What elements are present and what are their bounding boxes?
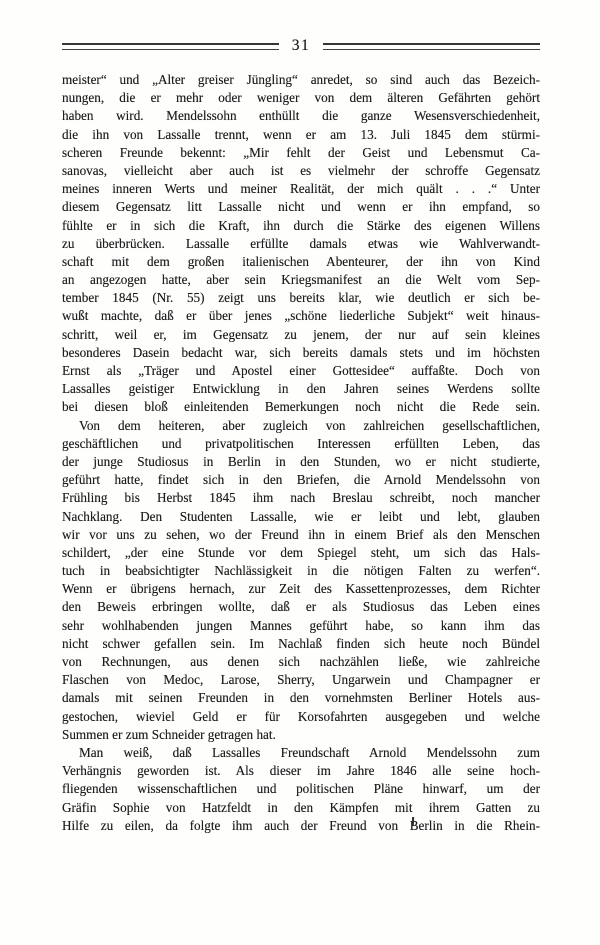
text-line: fühlte er in sich die Kraft, ihn durch d…: [62, 217, 540, 235]
paragraph: Man weiß, daß Lassalles Freundschaft Arn…: [62, 744, 540, 835]
text-line: nicht schwer gefallen sein. Im Nachlaß f…: [62, 635, 540, 653]
text-line: gestochen, wieviel Geld er für Korsofahr…: [62, 708, 540, 726]
text-line: geschäftlichen und privatpolitischen Int…: [62, 435, 540, 453]
running-head: 31: [62, 38, 540, 55]
text-line: von Rechnungen, aus denen sich nachzähle…: [62, 653, 540, 671]
paragraph: meister“ und „Alter greiser Jüngling“ an…: [62, 71, 540, 417]
text-line: zu überbrücken. Lassalle erfüllte damals…: [62, 235, 540, 253]
text-line: damals mit seinen Freunden in den vorneh…: [62, 689, 540, 707]
ink-artifact: [412, 817, 414, 826]
text-line: wußt machte, daß er über jenes „schöne l…: [62, 307, 540, 325]
header-rule-right: [323, 43, 540, 50]
text-line: besonderes Dasein bedacht war, sich bere…: [62, 344, 540, 362]
text-line: Von dem heiteren, aber zugleich von zahl…: [62, 417, 540, 435]
text-line: tuch in beabsichtigter Nachlässigkeit in…: [62, 562, 540, 580]
text-line: nungen, die er mehr oder weniger von dem…: [62, 89, 540, 107]
text-line: haben wird. Mendelssohn enthüllt die gan…: [62, 107, 540, 125]
text-line: Frühling bis Herbst 1845 ihm nach Bresla…: [62, 489, 540, 507]
text-line: sanovas, vielleicht aber auch ist es vie…: [62, 162, 540, 180]
text-line: fliegenden wissenschaftlichen und politi…: [62, 780, 540, 798]
text-line: Wenn er übrigens hernach, zur Zeit des K…: [62, 580, 540, 598]
text-line: schildert, „der eine Stunde vor dem Spie…: [62, 544, 540, 562]
text-line: Flaschen von Medoc, Larose, Sherry, Unga…: [62, 671, 540, 689]
text-line: bei diesen bloß einleitenden Bemerkungen…: [62, 398, 540, 416]
text-line: Nachklang. Den Studenten Lassalle, wie e…: [62, 508, 540, 526]
page-number: 31: [279, 37, 324, 55]
text-line: tember 1845 (Nr. 55) zeigt uns bereits k…: [62, 289, 540, 307]
text-line: scheren Freunde bekennt: „Mir fehlt der …: [62, 144, 540, 162]
paragraph: Von dem heiteren, aber zugleich von zahl…: [62, 417, 540, 744]
header-rule-left: [62, 43, 279, 50]
text-line: die ihn von Lassalle trennt, wenn er am …: [62, 126, 540, 144]
text-line: Gräfin Sophie von Hatzfeldt in den Kämpf…: [62, 799, 540, 817]
text-line: schritt, weil er, im Gegensatz zu jenem,…: [62, 326, 540, 344]
text-line: Hilfe zu eilen, da folgte ihm auch der F…: [62, 817, 540, 835]
text-line: der junge Studiosus in Berlin in den Stu…: [62, 453, 540, 471]
text-line: Man weiß, daß Lassalles Freundschaft Arn…: [62, 744, 540, 762]
text-line: an angezogen hatte, aber sein Kriegsmani…: [62, 271, 540, 289]
text-line: schaft mit dem großen italienischen Aben…: [62, 253, 540, 271]
text-line: meister“ und „Alter greiser Jüngling“ an…: [62, 71, 540, 89]
text-line: wir vor uns zu sehen, wo der Freund ihn …: [62, 526, 540, 544]
text-line: Verhängnis geworden ist. Als dieser im J…: [62, 762, 540, 780]
text-line: geführt hatte, findet sich in den Briefe…: [62, 471, 540, 489]
text-line: sehr wohlhabenden jungen Mannes geführt …: [62, 617, 540, 635]
text-line: den Beweis erbringen wollte, daß er als …: [62, 598, 540, 616]
text-line: Lassalles geistiger Entwicklung in den J…: [62, 380, 540, 398]
text-line: Ernst als „Träger und Apostel einer Gott…: [62, 362, 540, 380]
book-page: 31 meister“ und „Alter greiser Jüngling“…: [0, 0, 600, 945]
text-line: Summen er zum Schneider getragen hat.: [62, 726, 540, 744]
text-line: meines inneren Werts und meiner Realität…: [62, 180, 540, 198]
text-block: meister“ und „Alter greiser Jüngling“ an…: [62, 71, 540, 835]
text-line: diesem Gegensatz litt Lassalle nicht und…: [62, 198, 540, 216]
